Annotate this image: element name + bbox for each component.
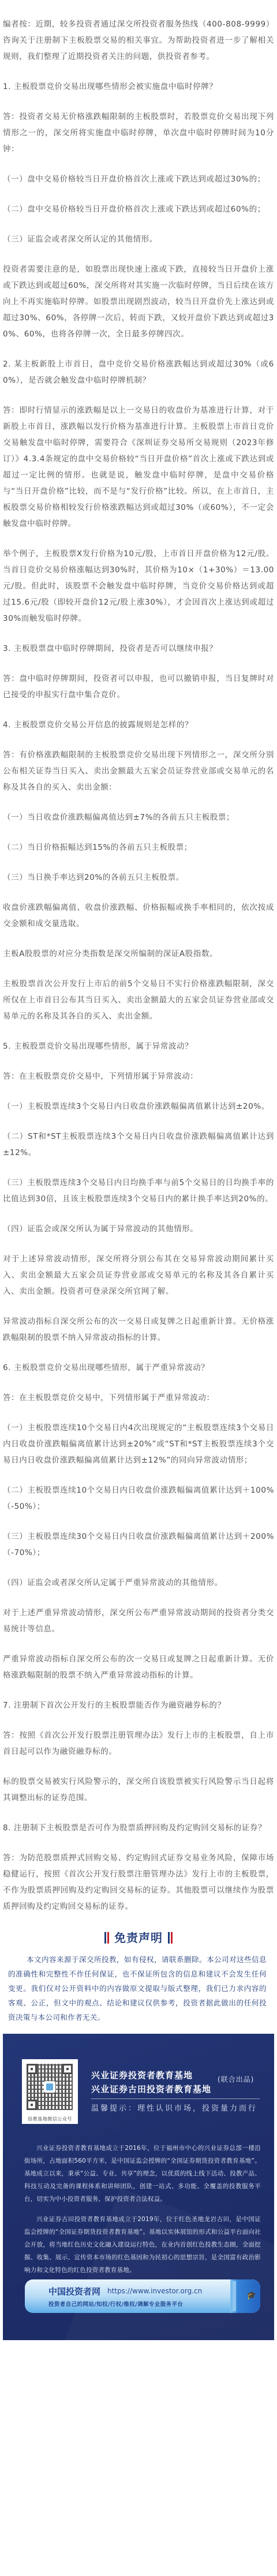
answer-6-note-2: 严重异常波动指标自深交所公布的次一交易日或复牌之日起重新计算。无价格涨跌幅限制的… — [3, 1651, 274, 1683]
answer-6-item-3: （三）主板股票连续30个交易日内日收盘价涨跌幅偏离值累计达到＋200%（-70%… — [3, 1528, 274, 1561]
question-4: 4. 主板股票竞价交易公开信息的披露规则是怎样的？ — [3, 717, 274, 733]
answer-6-item-4: （四）证监会或者深交所认定属于严重异常波动的其他情形。 — [3, 1575, 274, 1591]
answer-4-note-2: 主板A股股票的对应分类指数是深交所编制的深证A股指数。 — [3, 946, 274, 962]
investor-portal-link[interactable]: 中国投资者网 https://www.investor.org.cn 投资者自己… — [25, 2279, 260, 2313]
answer-4-item-1: （一）当日收盘价涨跌幅偏离值达到±7%的各前五只主板股票； — [3, 809, 274, 826]
bottom-whitespace — [0, 2340, 277, 2417]
answer-4-item-2: （二）当日价格振幅达到15%的各前五只主板股票； — [3, 839, 274, 856]
answer-6-item-1: （一）主板股票连续10个交易日内4次出现规定的“主板股票连续3个交易日内日收盘价… — [3, 1420, 274, 1468]
answer-6-item-2: （二）主板股票连续10个交易日内日收盘价涨跌幅偏离值累计达到＋100%（-50%… — [3, 1482, 274, 1515]
question-3: 3. 主板股票盘中临时停牌期间，投资者是否可以继续申报？ — [3, 641, 274, 657]
warm-tip: 温馨提示：理性认识市场，投资量力而行 — [91, 2102, 257, 2113]
question-8: 8. 注册制下主板股票是否可作为股票质押回购及约定购回交易标的证券？ — [3, 1820, 274, 1836]
answer-4-item-3: （三）当日换手率达到20%的各前五只主板股票。 — [3, 869, 274, 886]
answer-5: 答：在主板股票竞价交易中，下列情形属于异常波动： — [3, 1068, 274, 1085]
answer-5-item-2: （二）ST和*ST主板股票连续3个交易日内日收盘价涨跌幅偏离值累计达到±12%。 — [3, 1128, 274, 1161]
intro-paragraph-2: 兴业证券古田投资者教育基地成立于2019年，位于红色圣地龙岩古田，是中国证监会授… — [24, 2213, 261, 2277]
article-body: 编者按：近期，较多投资者通过深交所投资者服务热线（400-808-9999）咨询… — [0, 0, 277, 1915]
answer-6: 答：在主板股票竞价交易中，下列情形属于严重异常波动： — [3, 1390, 274, 1406]
answer-5-item-1: （一）主板股票连续3个交易日内日收盘价涨跌幅偏离值累计达到±20%。 — [3, 1098, 274, 1115]
answer-1-item-3: （三）证监会或者深交所认定的其他情形。 — [3, 231, 274, 247]
portal-subtitle: 投资者自己的网站/知权/行权/维权/调解专业服务平台 — [48, 2300, 183, 2308]
question-1: 1. 主板股票竞价交易出现哪些情形会被实施盘中临时停牌？ — [3, 79, 274, 95]
org-name-2: 兴业证券古田投资者教育基地 — [91, 2082, 211, 2096]
disclaimer-text: 本文内容来源于深交所投教，如有侵权，请联系删除。本公司对这些信息的准确性和完整性… — [0, 1952, 277, 2024]
graduation-cap-icon: 🎓 — [246, 2291, 256, 2300]
org-name-1: 兴业证券投资者教育基地 — [91, 2068, 211, 2082]
question-6: 6. 主板股票竞价交易出现哪些情形，属于严重异常波动？ — [3, 1360, 274, 1376]
disclaimer-title: 免责声明 — [114, 1931, 163, 1945]
qr-code-icon — [27, 2064, 73, 2110]
answer-1: 答：投资者交易无价格涨跌幅限制的主板股票时，若股票竞价交易出现下列情形之一的，深… — [3, 109, 274, 157]
divider — [91, 2098, 260, 2099]
answer-5-item-4: （四）证监会或深交所认为属于异常波动的其他情形。 — [3, 1221, 274, 1237]
decorative-bar-icon — [107, 1932, 109, 1944]
organization-names: 兴业证券投资者教育基地 兴业证券古田投资者教育基地 — [91, 2068, 211, 2096]
answer-6-note-1: 对于上述严重异常波动情形，深交所公布严重异常波动期间的投资者分类交易统计等信息。 — [3, 1605, 274, 1637]
joint-production-label: (联合出品) — [218, 2074, 254, 2084]
question-7: 7. 注册制下首次公开发行的主板股票能否作为融资融券标的？ — [3, 1697, 274, 1713]
answer-7: 答：按照《首次公开发行股票注册管理办法》发行上市的主板股票，自上市首日起可以作为… — [3, 1727, 274, 1760]
answer-4-note-1: 收盘价涨跌幅偏离值、收盘价涨跌幅、价格振幅或换手率相同的，依次按成交金额和成交量… — [3, 900, 274, 932]
answer-1-note: 投资者需要注意的是，如股票出现快速上涨或下跌，直接较当日开盘价上涨或下跌达到或超… — [3, 261, 274, 342]
answer-7-note: 标的股票交易被实行风险警示的，深交所自该股票被实行风险警示当日起将其调整出标的证… — [3, 1774, 274, 1806]
qr-caption: 投教基地微信公众号 — [22, 2116, 78, 2122]
intro-paragraph-1: 兴业证券投资者教育基地成立于2016年，位于福州市中心的兴业证券总部一楼沿街场所… — [24, 2142, 261, 2205]
disclaimer-heading: 免责声明 — [0, 1929, 277, 1945]
portal-name: 中国投资者网 — [48, 2285, 100, 2297]
answer-2-example: 举个例子，主板股票X发行价格为10元/股，上市首日开盘价格为12元/股。当首日竞… — [3, 546, 274, 627]
answer-5-item-3: （三）主板股票连续3个交易日内日均换手率与前5个交易日的日均换手率的比值达到30… — [3, 1175, 274, 1207]
investor-education-banner: 投教基地微信公众号 兴业证券投资者教育基地 兴业证券古田投资者教育基地 (联合出… — [3, 2034, 274, 2340]
decorative-bar-icon — [168, 1932, 170, 1944]
portal-url[interactable]: https://www.investor.org.cn — [107, 2287, 202, 2295]
question-5: 5. 主板股票竞价交易出现哪些情形，属于异常波动？ — [3, 1038, 274, 1054]
editor-note: 编者按：近期，较多投资者通过深交所投资者服务热线（400-808-9999）咨询… — [3, 16, 274, 65]
answer-5-note-1: 对于上述异常波动情形，深交所将分别公布其在交易异常波动期间累计买入、卖出金额最大… — [3, 1251, 274, 1300]
answer-3: 答：盘中临时停牌期间，投资者可以申报，也可以撤销申报，当日复牌时对已接受的申报实… — [3, 671, 274, 703]
decorative-bar-icon — [104, 1932, 106, 1944]
answer-5-note-2: 异常波动指标自深交所公布的次一交易日或复牌之日起重新计算。无价格涨跌幅限制的股票… — [3, 1313, 274, 1346]
graduation-cap-logo-icon — [44, 2081, 55, 2093]
answer-8: 答：为防范股票质押式回购交易、约定购回式证券交易业务风险，保障市场稳健运行，按照… — [3, 1850, 274, 1915]
answer-1-item-1: （一）盘中交易价格较当日开盘价格首次上涨或下跌达到或超过30%的； — [3, 171, 274, 187]
answer-4-note-3: 主板股票首次公开发行上市后的前5个交易日不实行价格涨跌幅限制，深交所仅在上市首日… — [3, 976, 274, 1024]
question-2: 2. 某主板新股上市首日，盘中竞价交易价格涨跌幅达到或超过30%（或60%），是… — [3, 356, 274, 388]
answer-4: 答：有价格涨跌幅限制的主板股票竞价交易出现下列情形之一，深交所分别公布相关证券当… — [3, 747, 274, 795]
decorative-bar-icon — [171, 1932, 173, 1944]
wechat-qr-code[interactable]: 投教基地微信公众号 — [22, 2059, 78, 2124]
book-icon: 🎓 — [230, 2279, 260, 2313]
answer-1-item-2: （二）盘中交易价格较当日开盘价格首次上涨或下跌达到或超过60%的； — [3, 201, 274, 217]
answer-2: 答：即时行情显示的涨跌幅是以上一交易日的收盘价为基准进行计算，对于新股上市首日，… — [3, 402, 274, 532]
